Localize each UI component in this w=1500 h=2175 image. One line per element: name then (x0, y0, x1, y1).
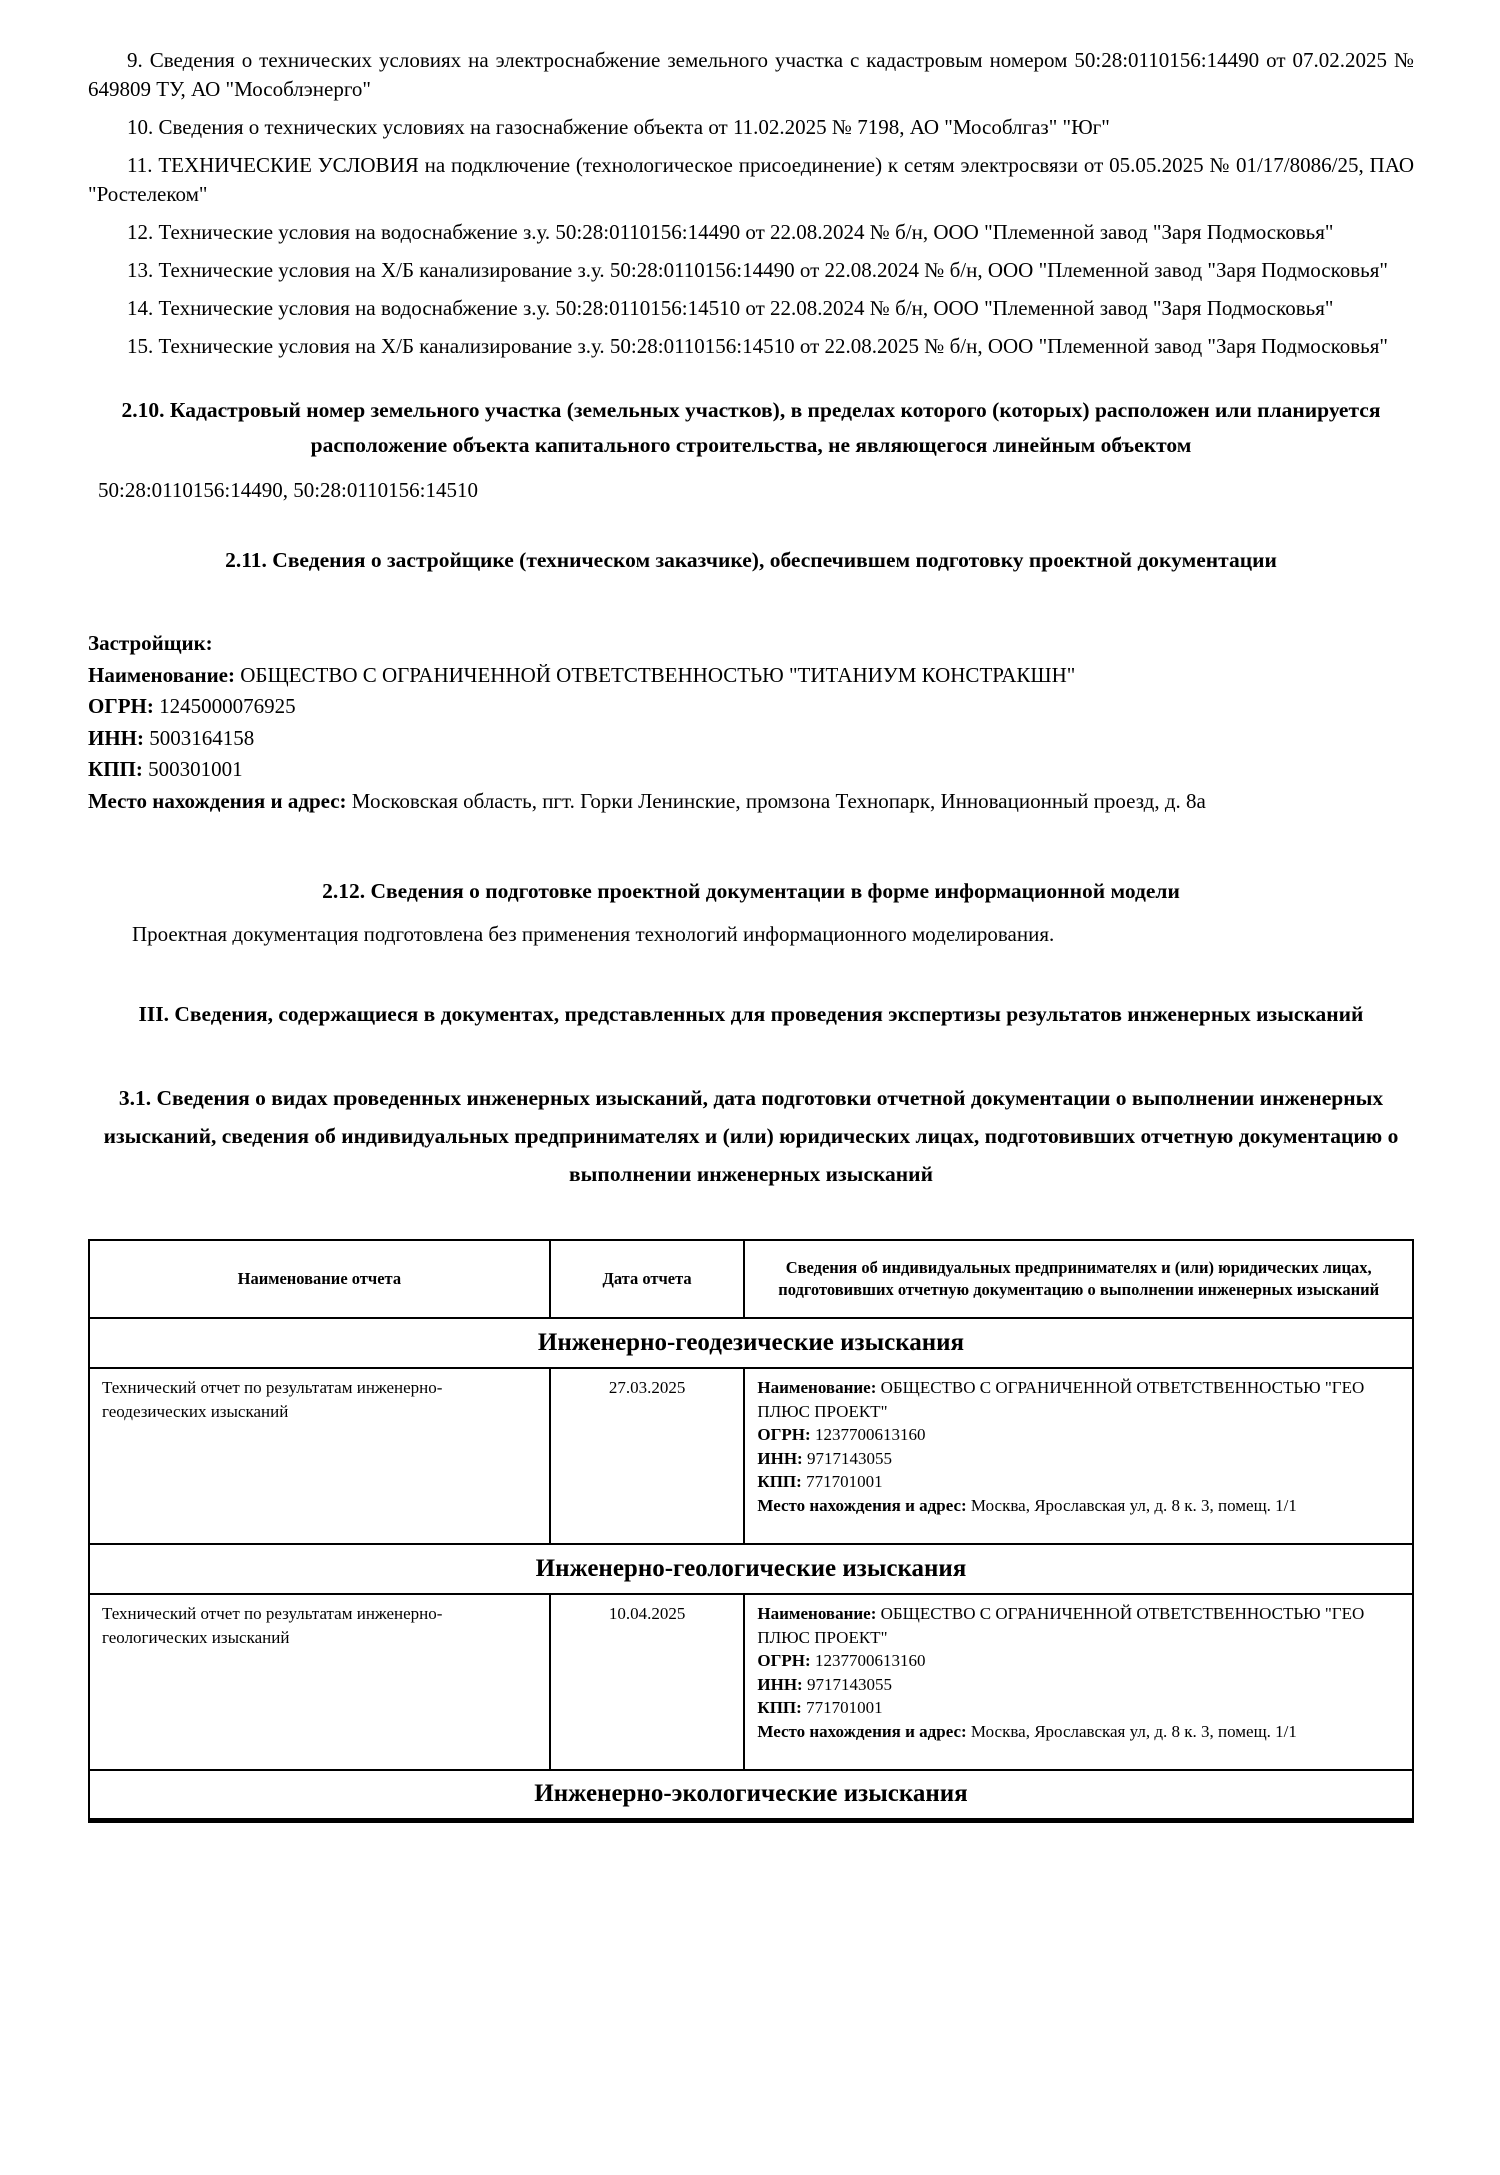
section-2-12-heading: 2.12. Сведения о подготовке проектной до… (88, 874, 1414, 909)
developer-name-label: Наименование: (88, 663, 235, 687)
report-date-cell: 27.03.2025 (550, 1368, 745, 1544)
developer-inn-field: ИНН: 5003164158 (88, 723, 1414, 755)
developer-inn-value: 5003164158 (149, 726, 254, 750)
org-address-label: Место нахождения и адрес: (757, 1722, 966, 1741)
document-page: 9. Сведения о технических условиях на эл… (0, 0, 1500, 2175)
header-report-date: Дата отчета (550, 1240, 745, 1318)
org-inn-line: ИНН: 9717143055 (757, 1673, 1400, 1697)
developer-name-field: Наименование: ОБЩЕСТВО С ОГРАНИЧЕННОЙ ОТ… (88, 660, 1414, 692)
group-title-geodetic: Инженерно-геодезические изыскания (89, 1318, 1413, 1368)
developer-kpp-field: КПП: 500301001 (88, 754, 1414, 786)
group-row-geodetic: Инженерно-геодезические изыскания (89, 1318, 1413, 1368)
org-ogrn-value: 1237700613160 (815, 1425, 926, 1444)
surveys-table: Наименование отчета Дата отчета Сведения… (88, 1239, 1414, 1823)
paragraph-item-13: 13. Технические условия на Х/Б канализир… (88, 256, 1414, 285)
org-inn-value: 9717143055 (807, 1675, 892, 1694)
report-name-cell: Технический отчет по результатам инженер… (89, 1594, 550, 1770)
report-org-cell: Наименование: ОБЩЕСТВО С ОГРАНИЧЕННОЙ ОТ… (744, 1368, 1413, 1544)
org-name-label: Наименование: (757, 1604, 876, 1623)
developer-ogrn-label: ОГРН: (88, 694, 154, 718)
org-address-value: Москва, Ярославская ул, д. 8 к. 3, помещ… (971, 1722, 1297, 1741)
org-kpp-label: КПП: (757, 1472, 801, 1491)
technical-conditions-list: 9. Сведения о технических условиях на эл… (88, 46, 1414, 361)
org-kpp-label: КПП: (757, 1698, 801, 1717)
org-name-line: Наименование: ОБЩЕСТВО С ОГРАНИЧЕННОЙ ОТ… (757, 1376, 1400, 1423)
org-inn-value: 9717143055 (807, 1449, 892, 1468)
org-inn-line: ИНН: 9717143055 (757, 1447, 1400, 1471)
report-org-cell: Наименование: ОБЩЕСТВО С ОГРАНИЧЕННОЙ ОТ… (744, 1594, 1413, 1770)
org-ogrn-line: ОГРН: 1237700613160 (757, 1423, 1400, 1447)
developer-kpp-label: КПП: (88, 757, 143, 781)
table-row-geological-report: Технический отчет по результатам инженер… (89, 1594, 1413, 1770)
header-report-name: Наименование отчета (89, 1240, 550, 1318)
org-ogrn-value: 1237700613160 (815, 1651, 926, 1670)
org-kpp-value: 771701001 (806, 1472, 883, 1491)
paragraph-item-9: 9. Сведения о технических условиях на эл… (88, 46, 1414, 104)
cadastral-numbers-value: 50:28:0110156:14490, 50:28:0110156:14510 (98, 476, 1414, 505)
org-address-line: Место нахождения и адрес: Москва, Яросла… (757, 1494, 1400, 1518)
org-inn-label: ИНН: (757, 1449, 802, 1468)
org-address-line: Место нахождения и адрес: Москва, Яросла… (757, 1720, 1400, 1744)
report-name-cell: Технический отчет по результатам инженер… (89, 1368, 550, 1544)
surveys-table-header: Наименование отчета Дата отчета Сведения… (89, 1240, 1413, 1318)
developer-heading-label: Застройщик: (88, 631, 213, 655)
section-2-12-body: Проектная документация подготовлена без … (88, 920, 1414, 949)
paragraph-item-14: 14. Технические условия на водоснабжение… (88, 294, 1414, 323)
org-ogrn-label: ОГРН: (757, 1651, 810, 1670)
org-kpp-line: КПП: 771701001 (757, 1696, 1400, 1720)
developer-ogrn-field: ОГРН: 1245000076925 (88, 691, 1414, 723)
org-kpp-value: 771701001 (806, 1698, 883, 1717)
section-2-11-heading: 2.11. Сведения о застройщике (техническо… (88, 543, 1414, 578)
developer-info-block: Застройщик: Наименование: ОБЩЕСТВО С ОГР… (88, 628, 1414, 817)
developer-name-value: ОБЩЕСТВО С ОГРАНИЧЕННОЙ ОТВЕТСТВЕННОСТЬЮ… (240, 663, 1075, 687)
paragraph-item-11: 11. ТЕХНИЧЕСКИЕ УСЛОВИЯ на подключение (… (88, 151, 1414, 209)
section-3-heading: III. Сведения, содержащиеся в документах… (88, 996, 1414, 1033)
developer-heading: Застройщик: (88, 628, 1414, 660)
org-address-label: Место нахождения и адрес: (757, 1496, 966, 1515)
developer-ogrn-value: 1245000076925 (159, 694, 296, 718)
group-row-ecological: Инженерно-экологические изыскания (89, 1770, 1413, 1820)
report-date-cell: 10.04.2025 (550, 1594, 745, 1770)
org-ogrn-label: ОГРН: (757, 1425, 810, 1444)
developer-address-field: Место нахождения и адрес: Московская обл… (88, 786, 1414, 818)
org-inn-label: ИНН: (757, 1675, 802, 1694)
org-kpp-line: КПП: 771701001 (757, 1470, 1400, 1494)
org-name-line: Наименование: ОБЩЕСТВО С ОГРАНИЧЕННОЙ ОТ… (757, 1602, 1400, 1649)
paragraph-item-12: 12. Технические условия на водоснабжение… (88, 218, 1414, 247)
developer-kpp-value: 500301001 (148, 757, 243, 781)
section-2-10-heading: 2.10. Кадастровый номер земельного участ… (88, 393, 1414, 463)
group-title-ecological: Инженерно-экологические изыскания (89, 1770, 1413, 1820)
developer-address-label: Место нахождения и адрес: (88, 789, 347, 813)
table-row-geodetic-report: Технический отчет по результатам инженер… (89, 1368, 1413, 1544)
paragraph-item-10: 10. Сведения о технических условиях на г… (88, 113, 1414, 142)
header-report-org: Сведения об индивидуальных предпринимате… (744, 1240, 1413, 1318)
org-ogrn-line: ОГРН: 1237700613160 (757, 1649, 1400, 1673)
org-address-value: Москва, Ярославская ул, д. 8 к. 3, помещ… (971, 1496, 1297, 1515)
paragraph-item-15: 15. Технические условия на Х/Б канализир… (88, 332, 1414, 361)
developer-inn-label: ИНН: (88, 726, 144, 750)
section-3-1-heading: 3.1. Сведения о видах проведенных инжене… (88, 1079, 1414, 1193)
group-title-geological: Инженерно-геологические изыскания (89, 1544, 1413, 1594)
developer-address-value: Московская область, пгт. Горки Ленинские… (352, 789, 1206, 813)
org-name-label: Наименование: (757, 1378, 876, 1397)
group-row-geological: Инженерно-геологические изыскания (89, 1544, 1413, 1594)
